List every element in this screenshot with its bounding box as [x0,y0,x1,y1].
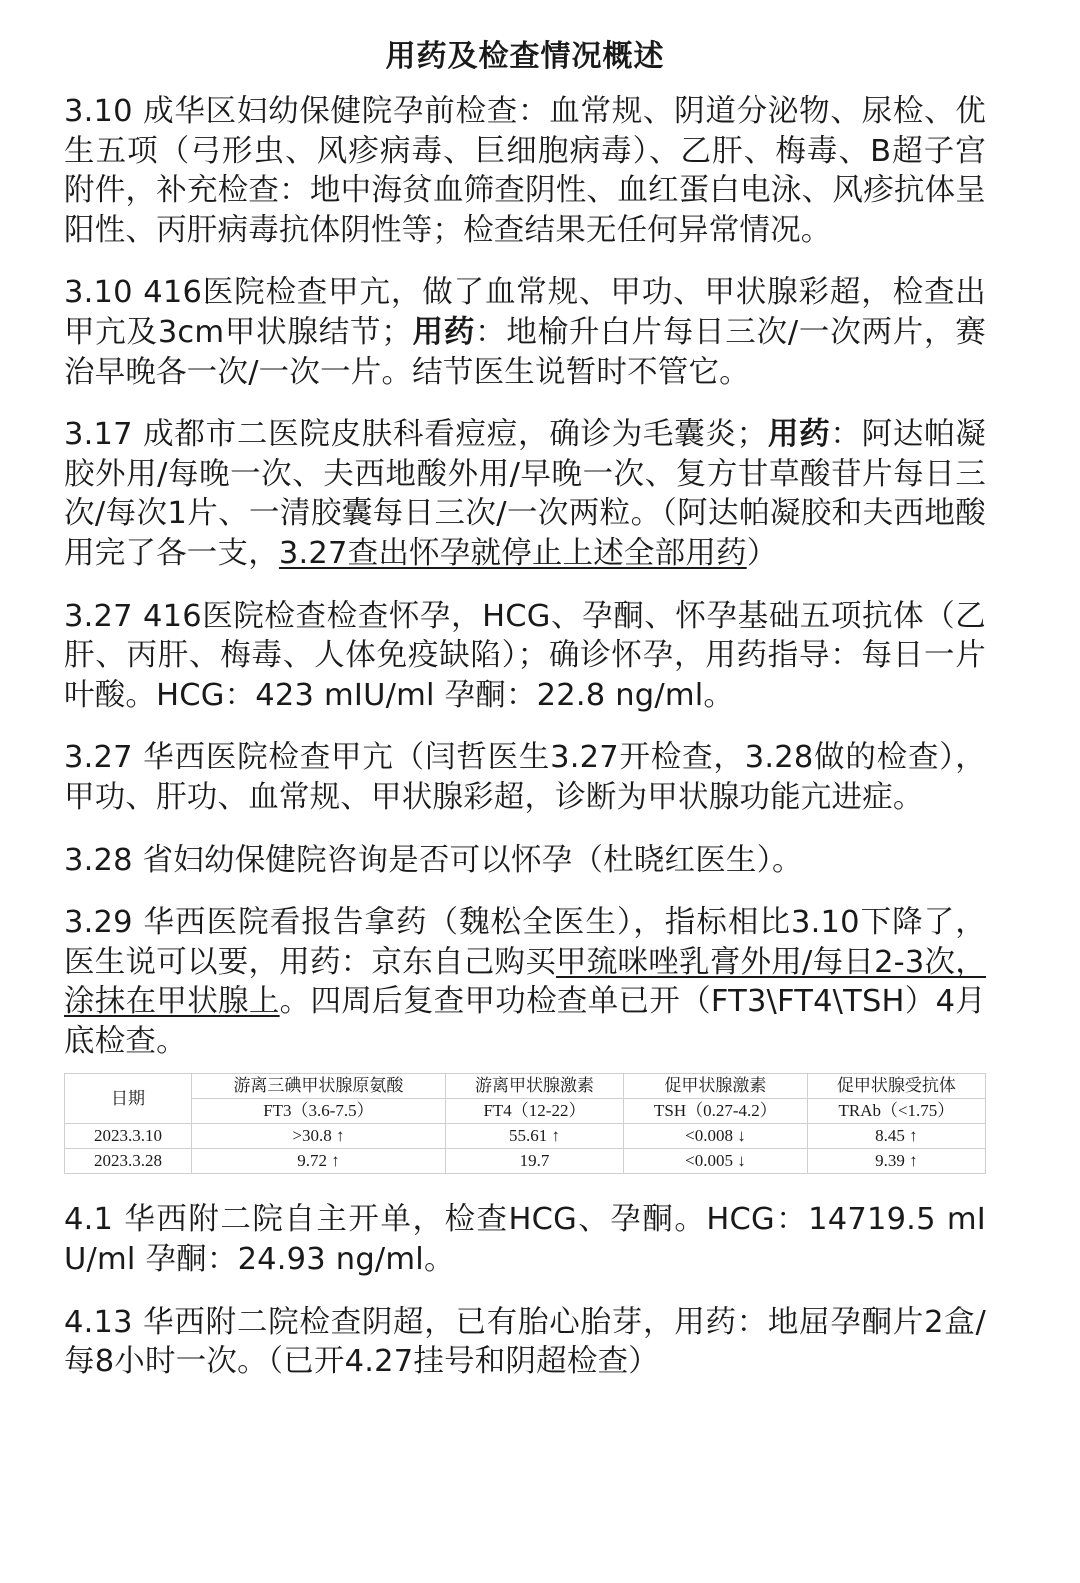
entry-0317-dermatology: 3.17 成都市二医院皮肤科看痘痘，确诊为毛囊炎；用药：阿达帕凝胶外用/每晚一次… [64,415,986,573]
medication-label: 用药 [412,315,475,350]
entry-0327-pregnancy-check: 3.27 416医院检查检查怀孕，HCG、孕酮、怀孕基础五项抗体（乙肝、丙肝、梅… [64,597,986,716]
entry-0328-consultation: 3.28 省妇幼保健院咨询是否可以怀孕（杜晓红医生）。 [64,841,986,881]
entry-text: ） [747,536,778,571]
thyroid-lab-table: 日期 游离三碘甲状腺原氨酸 游离甲状腺激素 促甲状腺激素 促甲状腺受抗体 FT3… [64,1073,986,1174]
header-ft4-ref: FT4（12-22） [445,1099,623,1124]
row-date: 2023.3.28 [65,1149,192,1174]
entry-0329-huaxi-report: 3.29 华西医院看报告拿药（魏松全医生），指标相比3.10下降了，医生说可以要… [64,903,986,1061]
header-ft4-name: 游离甲状腺激素 [445,1074,623,1099]
header-date: 日期 [65,1074,192,1124]
cell-tsh: <0.005 ↓ [624,1149,808,1174]
table-header-row: 日期 游离三碘甲状腺原氨酸 游离甲状腺激素 促甲状腺激素 促甲状腺受抗体 [65,1074,986,1099]
cell-ft4: 55.61 ↑ [445,1124,623,1149]
table-ref-row: FT3（3.6-7.5） FT4（12-22） TSH（0.27-4.2） TR… [65,1099,986,1124]
cell-tsh: <0.008 ↓ [624,1124,808,1149]
table-row: 2023.3.28 9.72 ↑ 19.7 <0.005 ↓ 9.39 ↑ [65,1149,986,1174]
document: 用药及检查情况概述 3.10 成华区妇幼保健院孕前检查：血常规、阴道分泌物、尿检… [64,36,986,1405]
cell-trab: 9.39 ↑ [807,1149,985,1174]
header-trab-name: 促甲状腺受抗体 [807,1074,985,1099]
header-ft3-ref: FT3（3.6-7.5） [192,1099,446,1124]
underlined-note: 3.27查出怀孕就停止上述全部用药 [279,536,747,571]
medication-label: 用药 [767,417,830,452]
entry-text: 3.17 成都市二医院皮肤科看痘痘，确诊为毛囊炎； [64,417,767,452]
cell-ft3: >30.8 ↑ [192,1124,446,1149]
entry-0327-huaxi-thyroid: 3.27 华西医院检查甲亢（闫哲医生3.27开检查，3.28做的检查），甲功、肝… [64,738,986,817]
entry-0310-416-hospital: 3.10 416医院检查甲亢，做了血常规、甲功、甲状腺彩超，检查出甲亢及3cm甲… [64,273,986,392]
cell-ft3: 9.72 ↑ [192,1149,446,1174]
entry-0401-hcg-check: 4.1 华西附二院自主开单，检查HCG、孕酮。HCG：14719.5 mIU/m… [64,1200,986,1279]
header-trab-ref: TRAb（<1.75） [807,1099,985,1124]
header-tsh-name: 促甲状腺激素 [624,1074,808,1099]
cell-trab: 8.45 ↑ [807,1124,985,1149]
entry-0413-ultrasound: 4.13 华西附二院检查阴超，已有胎心胎芽，用药：地屈孕酮片2盒/每8小时一次。… [64,1303,986,1382]
row-date: 2023.3.10 [65,1124,192,1149]
header-tsh-ref: TSH（0.27-4.2） [624,1099,808,1124]
header-ft3-name: 游离三碘甲状腺原氨酸 [192,1074,446,1099]
cell-ft4: 19.7 [445,1149,623,1174]
table-row: 2023.3.10 >30.8 ↑ 55.61 ↑ <0.008 ↓ 8.45 … [65,1124,986,1149]
document-title: 用药及检查情况概述 [64,36,986,78]
entry-0310-preconception: 3.10 成华区妇幼保健院孕前检查：血常规、阴道分泌物、尿检、优生五项（弓形虫、… [64,92,986,250]
